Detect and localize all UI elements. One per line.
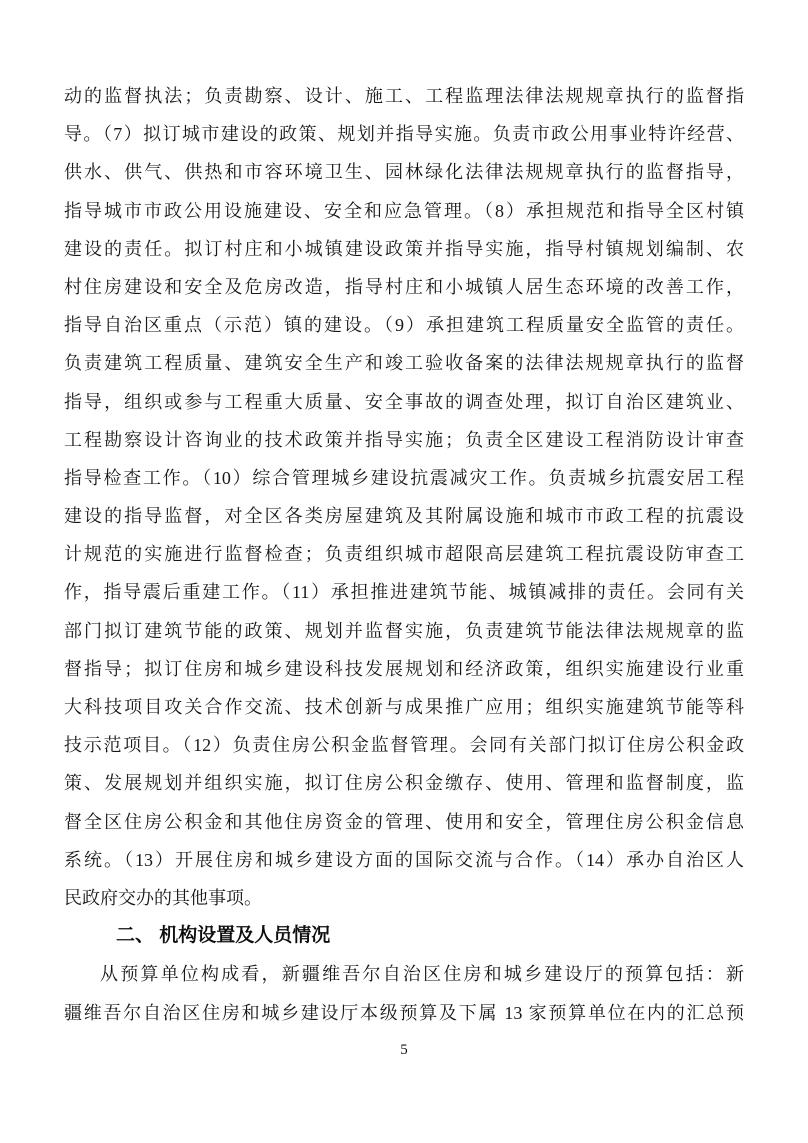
body-text: 动的监督执法；负责勘察、设计、施工、工程监理法律法规规章执行的监督指导。（7）拟… [64,77,744,1032]
text-line: 动的监督执法；负责勘察、设计、施工、工程监理法律法规规章执行的监督指 [64,77,744,115]
text-line: 从预算单位构成看，新疆维吾尔自治区住房和城乡建设厅的预算包括：新 [64,955,744,993]
text-line: 部门拟订建筑节能的政策、规划并监督实施，负责建筑节能法律法规规章的监 [64,612,744,650]
section-heading: 二、 机构设置及人员情况 [64,917,744,955]
text-line: 指导城市市政公用设施建设、安全和应急管理。（8）承担规范和指导全区村镇 [64,192,744,230]
text-line: 系统。（13）开展住房和城乡建设方面的国际交流与合作。（14）承办自治区人 [64,841,744,879]
text-line: 作，指导震后重建工作。（11）承担推进建筑节能、城镇减排的责任。会同有关 [64,573,744,611]
paragraph-budget-units: 从预算单位构成看，新疆维吾尔自治区住房和城乡建设厅的预算包括：新疆维吾尔自治区住… [64,955,744,1031]
text-line: 技示范项目。（12）负责住房公积金监督管理。会同有关部门拟订住房公积金政 [64,726,744,764]
text-line: 民政府交办的其他事项。 [64,879,744,917]
text-line: 建设的指导监督，对全区各类房屋建筑及其附属设施和城市市政工程的抗震设 [64,497,744,535]
page-number: 5 [0,1040,808,1060]
text-line: 指导，组织或参与工程重大质量、安全事故的调查处理，拟订自治区建筑业、 [64,383,744,421]
text-line: 工程勘察设计咨询业的技术政策并指导实施；负责全区建设工程消防设计审查 [64,421,744,459]
text-line: 计规范的实施进行监督检查；负责组织城市超限高层建筑工程抗震设防审查工 [64,535,744,573]
text-line: 指导自治区重点（示范）镇的建设。（9）承担建筑工程质量安全监管的责任。 [64,306,744,344]
text-line: 导。（7）拟订城市建设的政策、规划并指导实施。负责市政公用事业特许经营、 [64,115,744,153]
text-line: 负责建筑工程质量、建筑安全生产和竣工验收备案的法律法规规章执行的监督 [64,344,744,382]
text-line: 督全区住房公积金和其他住房资金的管理、使用和安全，管理住房公积金信息 [64,803,744,841]
text-line: 供水、供气、供热和市容环境卫生、园林绿化法律法规规章执行的监督指导， [64,153,744,191]
text-line: 策、发展规划并组织实施，拟订住房公积金缴存、使用、管理和监督制度，监 [64,764,744,802]
text-line: 指导检查工作。（10）综合管理城乡建设抗震减灾工作。负责城乡抗震安居工程 [64,459,744,497]
text-line: 大科技项目攻关合作交流、技术创新与成果推广应用；组织实施建筑节能等科 [64,688,744,726]
paragraph-duties: 动的监督执法；负责勘察、设计、施工、工程监理法律法规规章执行的监督指导。（7）拟… [64,77,744,917]
text-line: 疆维吾尔自治区住房和城乡建设厅本级预算及下属 13 家预算单位在内的汇总预 [64,994,744,1032]
text-line: 督指导；拟订住房和城乡建设科技发展规划和经济政策，组织实施建设行业重 [64,650,744,688]
text-line: 建设的责任。拟订村庄和小城镇建设政策并指导实施，指导村镇规划编制、农 [64,230,744,268]
text-line: 村住房建设和安全及危房改造，指导村庄和小城镇人居生态环境的改善工作， [64,268,744,306]
document-page: 动的监督执法；负责勘察、设计、施工、工程监理法律法规规章执行的监督指导。（7）拟… [0,0,808,1143]
